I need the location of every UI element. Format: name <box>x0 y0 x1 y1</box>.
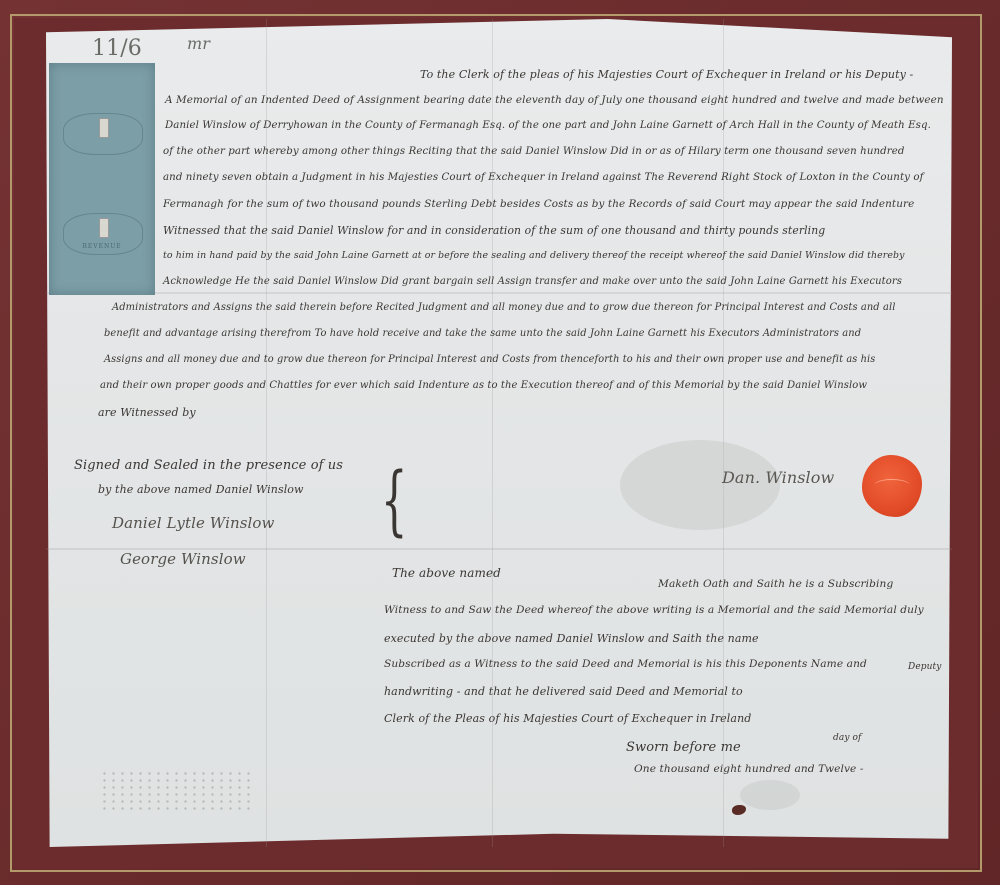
margin-note: Deputy <box>908 662 941 672</box>
revenue-stamp: REVENUE <box>49 63 155 295</box>
body-line: Fermanagh for the sum of two thousand po… <box>163 198 914 210</box>
body-line: benefit and advantage arising therefrom … <box>104 328 861 339</box>
body-line: and ninety seven obtain a Judgment in hi… <box>163 172 923 183</box>
body-line: Witnessed that the said Daniel Winslow f… <box>163 224 825 237</box>
body-line: are Witnessed by <box>98 406 196 419</box>
stamp-label: REVENUE <box>59 243 145 250</box>
witness-signature: George Winslow <box>120 550 246 568</box>
affidavit-line: The above named <box>392 566 501 580</box>
stain <box>740 780 800 810</box>
stamp-staple-icon <box>99 118 109 138</box>
affidavit-line: Witness to and Saw the Deed whereof the … <box>384 604 924 616</box>
jurat-year: One thousand eight hundred and Twelve - <box>634 763 864 775</box>
body-line: Daniel Winslow of Derryhowan in the Coun… <box>165 120 931 131</box>
body-line: to him in hand paid by the said John Lai… <box>163 250 905 261</box>
body-line: and their own proper goods and Chattles … <box>100 380 867 391</box>
fold-line <box>266 19 267 847</box>
affidavit-line: executed by the above named Daniel Winsl… <box>384 632 759 645</box>
witness-subheading: by the above named Daniel Winslow <box>98 483 304 496</box>
affidavit-line: handwriting - and that he delivered said… <box>384 685 743 698</box>
body-line: Administrators and Assigns the said ther… <box>112 302 895 313</box>
witness-signature: Daniel Lytle Winslow <box>112 514 275 532</box>
body-line: Acknowledge He the said Daniel Winslow D… <box>163 276 902 287</box>
jurat-sworn: Sworn before me <box>626 740 741 755</box>
witness-heading: Signed and Sealed in the presence of us <box>74 458 343 473</box>
body-line: A Memorial of an Indented Deed of Assign… <box>165 94 944 106</box>
brace-mark: { <box>381 455 408 544</box>
jurat-day-of: day of <box>833 733 861 743</box>
pencil-scribble: mr <box>187 34 210 53</box>
fold-line <box>46 292 952 294</box>
affidavit-line: Clerk of the Pleas of his Majesties Cour… <box>384 712 751 725</box>
principal-signature: Dan. Winslow <box>722 468 834 487</box>
body-line: Assigns and all money due and to grow du… <box>104 354 875 365</box>
affidavit-line: Subscribed as a Witness to the said Deed… <box>384 658 867 670</box>
stamp-staple-icon <box>99 218 109 238</box>
foxing-specks <box>100 770 250 810</box>
address-line: To the Clerk of the pleas of his Majesti… <box>420 68 913 81</box>
wax-seal <box>862 455 922 517</box>
body-line: of the other part whereby among other th… <box>163 146 905 157</box>
affidavit-line: Maketh Oath and Saith he is a Subscribin… <box>658 578 893 590</box>
folio-number: 11/6 <box>92 36 142 61</box>
